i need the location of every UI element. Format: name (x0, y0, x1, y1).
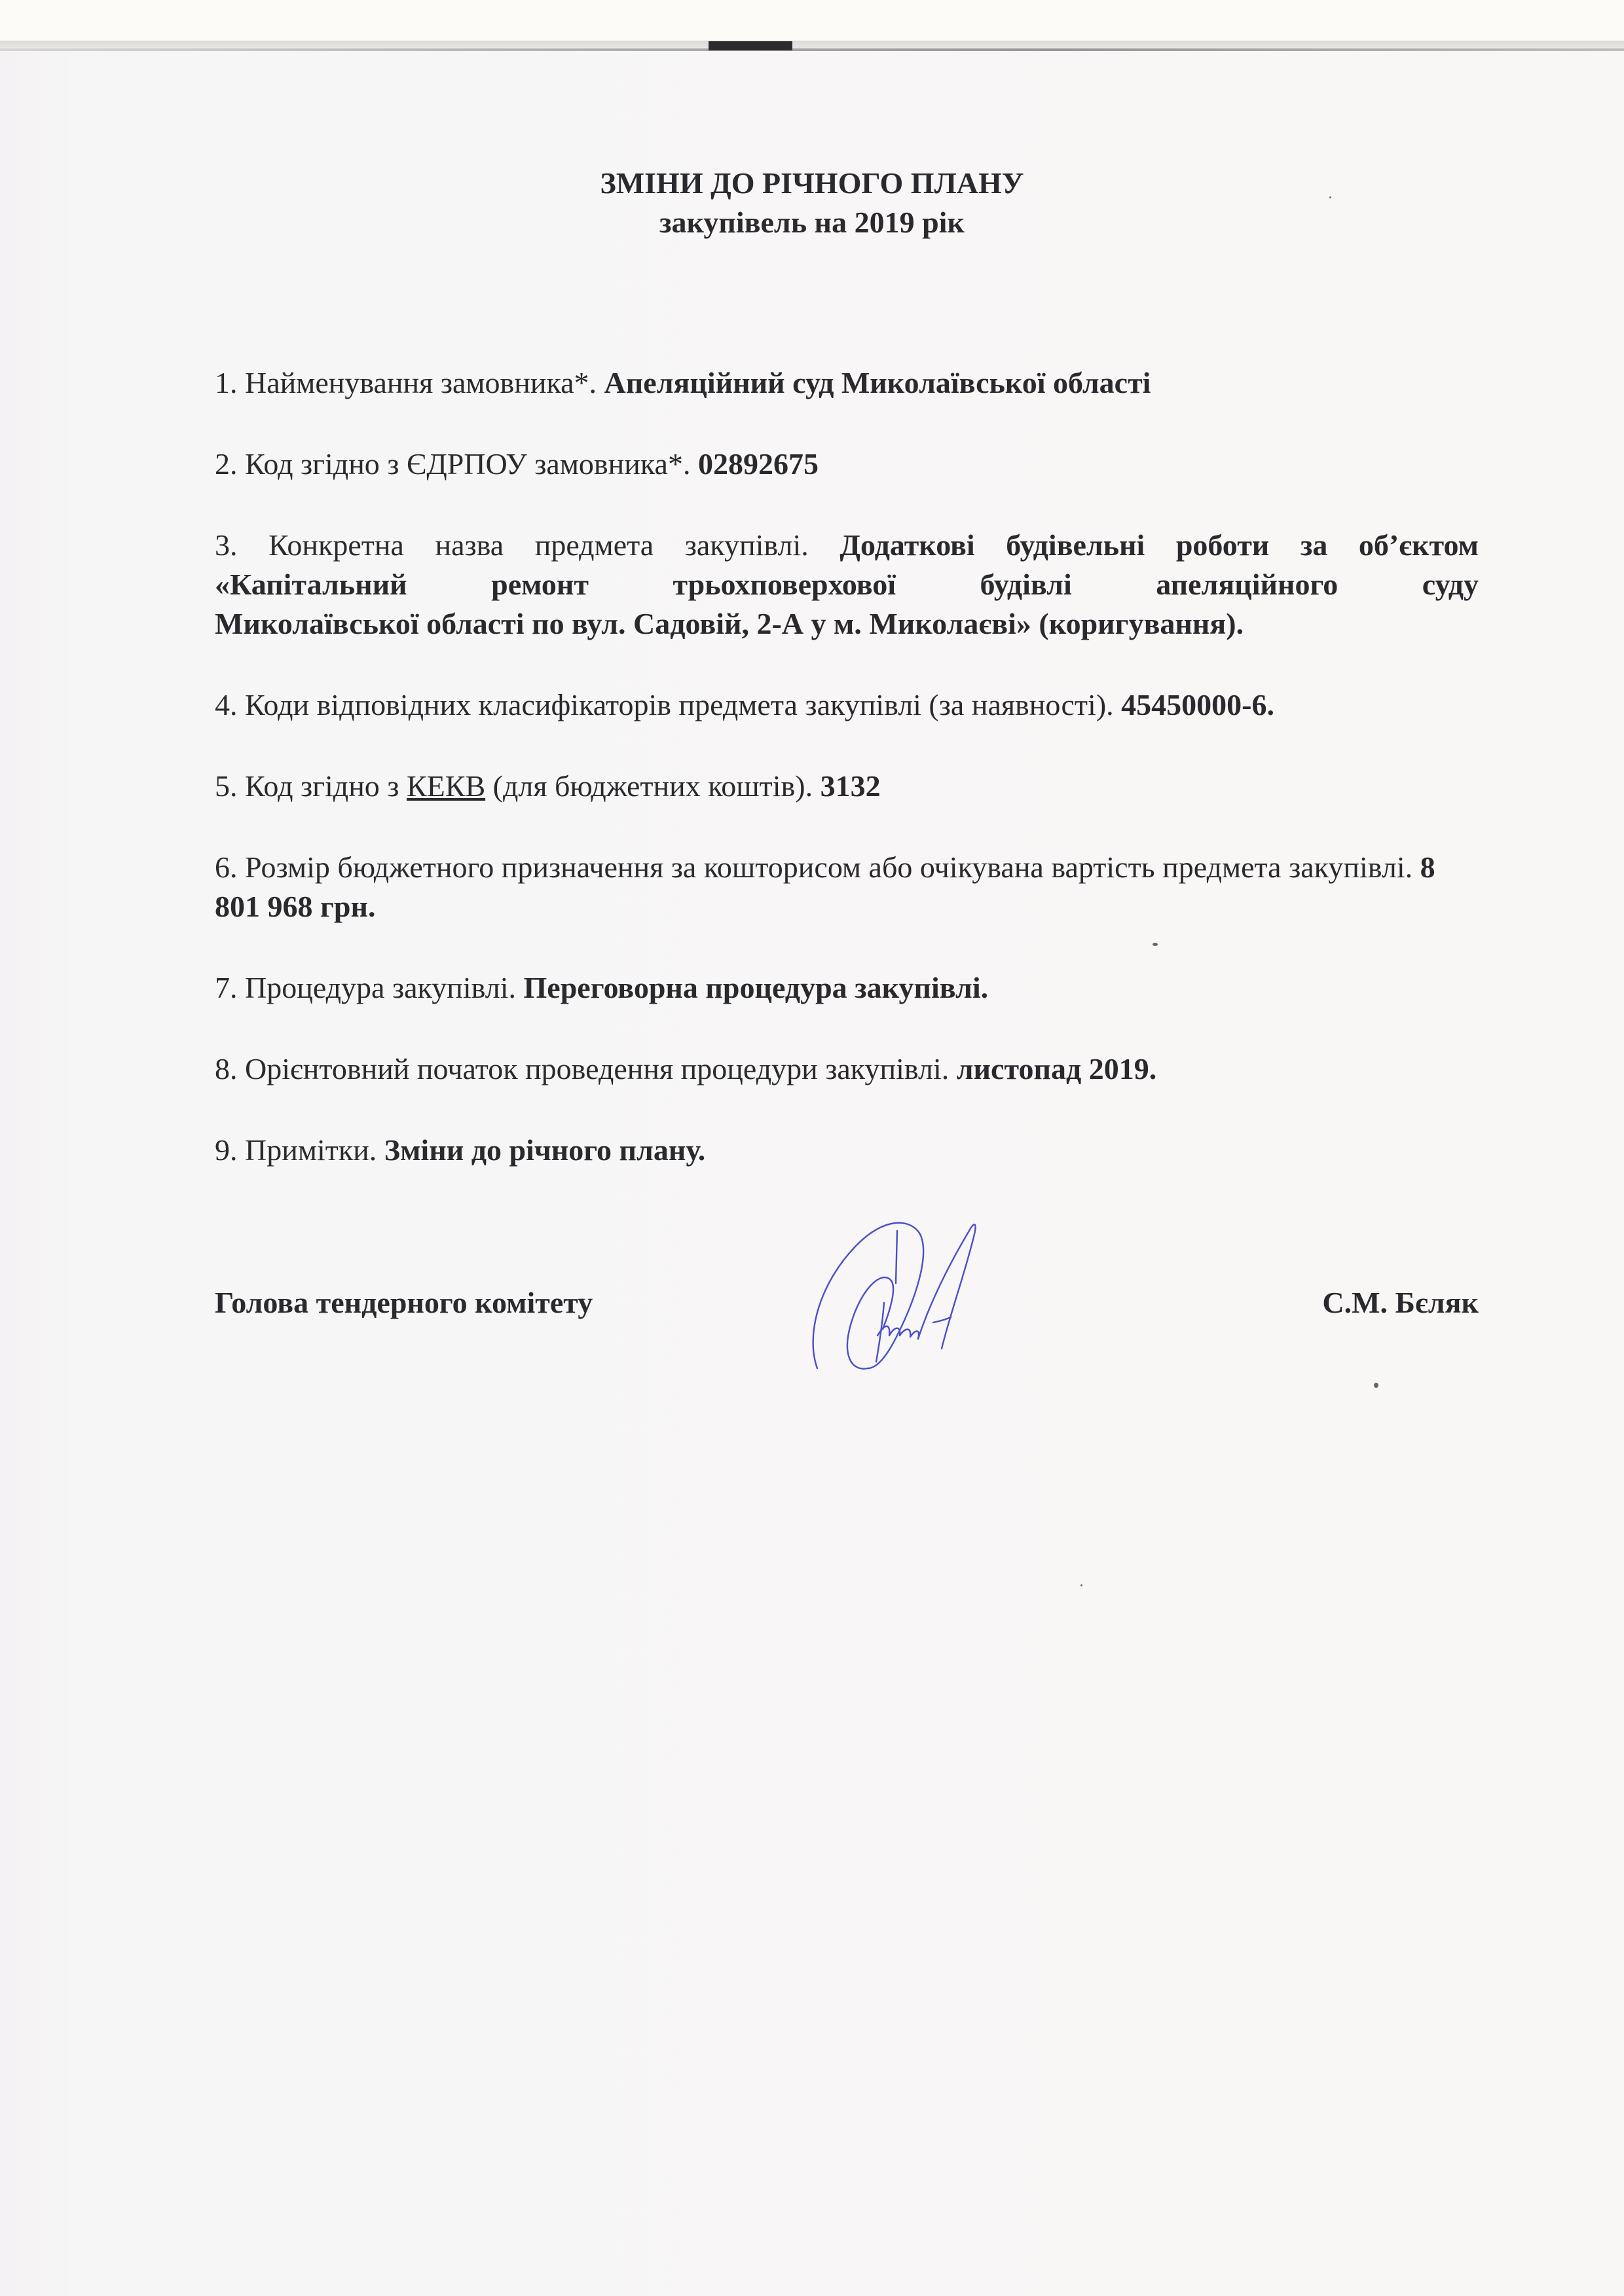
item-value: 3132 (821, 769, 881, 803)
item-label-prefix: 5. Код згідно з (215, 769, 399, 803)
item-value: листопад 2019. (957, 1052, 1157, 1085)
staple-mark (709, 41, 792, 50)
item-value: Апеляційний суд Миколаївської області (604, 366, 1151, 399)
handwritten-signature (805, 1205, 1120, 1381)
plan-items: 1. Найменування замовника*. Апеляційний … (215, 363, 1479, 1212)
scanner-margin (0, 0, 1624, 41)
title-line-2: закупівель на 2019 рік (0, 203, 1624, 242)
item-label-suffix: (для бюджетних коштів). (493, 769, 813, 803)
item-procedure: 7. Процедура закупівлі. Переговорна проц… (215, 968, 1479, 1008)
item-label: 9. Примітки. (215, 1133, 377, 1167)
item-value-line-2: «Капітальний ремонт трьохповерхової буді… (215, 565, 1479, 604)
item-classifier-codes: 4. Коди відповідних класифікаторів предм… (215, 685, 1479, 725)
kekv-link[interactable]: КЕКВ (407, 769, 485, 803)
title-line-1: ЗМІНИ ДО РІЧНОГО ПЛАНУ (0, 164, 1624, 203)
item-value: 02892675 (698, 447, 819, 481)
item-notes: 9. Примітки. Зміни до річного плану. (215, 1131, 1479, 1170)
item-label: 7. Процедура закупівлі. (215, 971, 516, 1004)
item-label: 8. Орієнтовний початок проведення процед… (215, 1052, 949, 1085)
item-procurement-subject: 3. Конкретна назва предмета закупівлі. Д… (215, 526, 1479, 644)
scan-speck (1374, 1383, 1378, 1388)
item-label: 4. Коди відповідних класифікаторів предм… (215, 688, 1114, 721)
scan-speck (1329, 196, 1331, 198)
scan-speck (1153, 943, 1158, 946)
item-value: 45450000-6. (1121, 688, 1274, 721)
document-title: ЗМІНИ ДО РІЧНОГО ПЛАНУ закупівель на 201… (0, 164, 1624, 242)
item-label: 6. Розмір бюджетного призначення за кошт… (215, 850, 1412, 884)
item-label: 3. Конкретна назва предмета закупівлі. (215, 528, 809, 562)
item-value-line-3: Миколаївської області по вул. Садовій, 2… (215, 607, 1244, 640)
item-kekv-code: 5. Код згідно з КЕКВ (для бюджетних кошт… (215, 767, 1479, 806)
item-customer-name: 1. Найменування замовника*. Апеляційний … (215, 363, 1479, 403)
item-label: 2. Код згідно з ЄДРПОУ замовника*. (215, 447, 690, 481)
item-edrpou-code: 2. Код згідно з ЄДРПОУ замовника*. 02892… (215, 445, 1479, 484)
item-budget-amount: 6. Розмір бюджетного призначення за кошт… (215, 848, 1479, 926)
signatory-position: Голова тендерного комітету (215, 1283, 593, 1322)
scan-speck (1080, 1584, 1082, 1586)
item-label: 1. Найменування замовника*. (215, 366, 597, 399)
item-value: Переговорна процедура закупівлі. (524, 971, 989, 1004)
item-value-line-1: Додаткові будівельні роботи за об’єктом (840, 528, 1479, 562)
item-value: Зміни до річного плану. (384, 1133, 705, 1167)
item-line-1: 3. Конкретна назва предмета закупівлі. Д… (215, 526, 1479, 565)
signatory-name: С.М. Бєляк (1322, 1283, 1479, 1322)
item-start-date: 8. Орієнтовний початок проведення процед… (215, 1049, 1479, 1089)
